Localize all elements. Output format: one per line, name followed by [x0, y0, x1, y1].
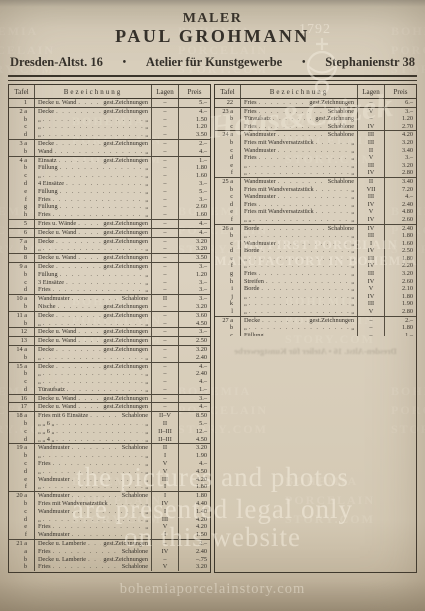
col-header-preis: Preis	[179, 85, 210, 98]
dot-leader: . . . . . . . . . . . . . . . . . . . . …	[259, 270, 350, 278]
bezeichnung-cell: Borde. . . . . . . . . . . . . . . . . .…	[241, 247, 358, 255]
table-row: b„. . . . . . . . . . . . . . . . . . . …	[9, 245, 210, 253]
bezeichnung-cell: Fries. . . . . . . . . . . . . . . . . .…	[241, 123, 358, 131]
item-type: gest.Zeichnungen	[103, 403, 148, 411]
item-type: „	[351, 285, 354, 293]
lagen-cell: –	[152, 254, 179, 262]
dot-leader: . . . . . . . . . . . . . . . . . . . . …	[249, 162, 349, 170]
preis-cell: 2.40	[385, 225, 416, 233]
item-type: „	[145, 468, 148, 476]
item-type: „	[145, 279, 148, 287]
item-type: „	[351, 232, 354, 240]
row-group: 9 aDecke. . . . . . . . . . . . . . . . …	[9, 263, 210, 295]
preis-cell: 3.–	[179, 328, 210, 336]
lagen-cell: –	[358, 99, 385, 107]
item-type: „	[351, 154, 354, 162]
dot-leader: . . . . . . . . . . . . . . . . . . . . …	[72, 444, 120, 452]
empty-table-area: Dresden-Altst. 16 • Atelier für Kunstgew…	[215, 336, 416, 573]
dot-leader: . . . . . . . . . . . . . . . . . . . . …	[56, 436, 143, 444]
item-name: „	[244, 232, 247, 240]
row-group: 25 aWandmuster. . . . . . . . . . . . . …	[215, 178, 416, 225]
dot-leader: . . . . . . . . . . . . . . . . . . . . …	[56, 346, 101, 354]
bezeichnung-cell: 3 Einsätze. . . . . . . . . . . . . . . …	[35, 279, 152, 287]
item-name: Wandmuster	[38, 476, 70, 484]
bezeichnung-cell: 4 Einsätze. . . . . . . . . . . . . . . …	[35, 180, 152, 188]
lagen-cell: –	[152, 229, 179, 237]
preis-cell: 1.90	[179, 452, 210, 460]
dot-leader: . . . . . . . . . . . . . . . . . . . . …	[58, 303, 102, 311]
item-type: „	[145, 164, 148, 172]
dot-leader: . . . . . . . . . . . . . . . . . . . . …	[261, 225, 325, 233]
table-row: bFries mit Wandversatzstück. . . . . . .…	[9, 500, 210, 508]
tafel-cell: a	[9, 548, 35, 556]
lagen-cell: VII	[358, 186, 385, 194]
row-group: 3 aDecke. . . . . . . . . . . . . . . . …	[9, 140, 210, 157]
preis-cell: 4.20	[179, 476, 210, 484]
item-type: „	[351, 308, 354, 316]
bezeichnung-cell: Füllung. . . . . . . . . . . . . . . . .…	[35, 188, 152, 196]
bezeichnung-cell: „. . . . . . . . . . . . . . . . . . . .…	[35, 483, 152, 491]
preis-cell: 1.20	[179, 271, 210, 279]
tafel-cell: e	[9, 188, 35, 196]
lagen-cell: –	[152, 279, 179, 287]
bezeichnung-cell: Decke u. Wand. . . . . . . . . . . . . .…	[35, 403, 152, 411]
table-row: hStreifen. . . . . . . . . . . . . . . .…	[215, 278, 416, 286]
lagen-cell: –	[152, 140, 179, 148]
dot-leader: . . . . . . . . . . . . . . . . . . . . …	[56, 238, 101, 246]
item-name: Fries	[244, 123, 257, 131]
table-row: cWandmuster. . . . . . . . . . . . . . .…	[9, 508, 210, 516]
address-left: Dresden-Altst. 16	[10, 55, 103, 70]
item-type: „	[145, 378, 148, 386]
tafel-cell: c	[9, 378, 35, 386]
item-name: Borde	[244, 247, 259, 255]
tafel-cell: 21 a	[9, 540, 35, 548]
bezeichnung-cell: Wandmuster. . . . . . . . . . . . . . . …	[241, 131, 358, 139]
item-name: Fries	[244, 99, 257, 107]
lagen-cell: III	[358, 162, 385, 170]
item-name: Fries	[244, 154, 257, 162]
table-row: cFries. . . . . . . . . . . . . . . . . …	[215, 123, 416, 131]
item-type: gest.Zeichnungen	[103, 346, 148, 354]
bezeichnung-cell: Füllung. . . . . . . . . . . . . . . . .…	[35, 164, 152, 172]
item-name: Decke u. Wand	[38, 328, 76, 336]
table-row: 10 aWandmuster. . . . . . . . . . . . . …	[9, 295, 210, 303]
item-name: Fries	[244, 270, 257, 278]
preis-cell: 6.–	[385, 99, 416, 107]
dot-leader: . . . . . . . . . . . . . . . . . . . . …	[43, 354, 143, 362]
item-name: „	[38, 245, 41, 253]
bezeichnung-cell: Decke u. Lamberie. . . . . . . . . . . .…	[35, 540, 152, 548]
dot-leader: . . . . . . . . . . . . . . . . . . . . …	[56, 312, 101, 320]
page-title: MALER	[0, 11, 425, 27]
lagen-cell: III	[358, 300, 385, 308]
tafel-cell: 27 a	[215, 317, 241, 325]
item-type: gest.Zeichnungen	[103, 254, 148, 262]
lagen-cell: –	[152, 99, 179, 107]
bezeichnung-cell: Fries. . . . . . . . . . . . . . . . . .…	[241, 201, 358, 209]
table-row: cFries. . . . . . . . . . . . . . . . . …	[9, 460, 210, 468]
row-group: 2 aDecke. . . . . . . . . . . . . . . . …	[9, 108, 210, 140]
preis-cell: 1.80	[179, 492, 210, 500]
item-name: Wandmuster	[244, 131, 276, 139]
table-row: b„. . . . . . . . . . . . . . . . . . . …	[215, 324, 416, 332]
tafel-cell: d	[215, 201, 241, 209]
item-name: Fries	[38, 196, 51, 204]
item-name: Wandmuster	[38, 295, 70, 303]
bezeichnung-cell: Wandmuster. . . . . . . . . . . . . . . …	[241, 178, 358, 186]
lagen-cell: II–III	[152, 436, 179, 444]
dot-leader: . . . . . . . . . . . . . . . . . . . . …	[55, 148, 144, 156]
preis-cell: 1.60	[179, 172, 210, 180]
table-row: dFries. . . . . . . . . . . . . . . . . …	[9, 286, 210, 294]
preis-cell: 3.20	[179, 245, 210, 253]
item-name: „	[38, 320, 41, 328]
preis-cell: 3.50	[179, 254, 210, 262]
preis-cell: 2.40	[385, 201, 416, 209]
item-name: Decke u. Lamberie	[38, 556, 86, 564]
tafel-cell: c	[215, 147, 241, 155]
dot-leader: . . . . . . . . . . . . . . . . . . . . …	[43, 483, 143, 491]
lagen-cell: –	[152, 131, 179, 139]
bezeichnung-cell: Decke u. Wand. . . . . . . . . . . . . .…	[35, 99, 152, 107]
row-group: 1Decke u. Wand. . . . . . . . . . . . . …	[9, 99, 210, 108]
tafel-cell: c	[9, 460, 35, 468]
item-type: Schablone	[122, 444, 148, 452]
dot-leader: . . . . . . . . . . . . . . . . . . . . …	[43, 370, 143, 378]
dot-leader: . . . . . . . . . . . . . . . . . . . . …	[78, 99, 101, 107]
preis-cell: 1.90	[385, 300, 416, 308]
dot-leader: . . . . . . . . . . . . . . . . . . . . …	[66, 279, 143, 287]
preis-cell: 2.20	[385, 262, 416, 270]
table-row: b„. . . . . . . . . . . . . . . . . . . …	[215, 232, 416, 240]
item-name: Fries mit 6 Einsätze	[38, 412, 88, 420]
dot-leader: . . . . . . . . . . . . . . . . . . . . …	[56, 428, 143, 436]
bezeichnung-cell: Fries mit Wandversatzstück. . . . . . . …	[241, 186, 358, 194]
lagen-cell: –	[152, 363, 179, 371]
preis-cell: –.75	[179, 556, 210, 564]
item-type: gest.Zeichnungen	[103, 263, 148, 271]
dot-leader: . . . . . . . . . . . . . . . . . . . . …	[53, 563, 120, 571]
table-row: bTüraufsatz. . . . . . . . . . . . . . .…	[215, 115, 416, 123]
item-type: „	[145, 436, 148, 444]
item-type: Schablone	[122, 412, 148, 420]
item-type: „	[145, 131, 148, 139]
item-type: „	[351, 262, 354, 270]
preis-cell: 2.50	[179, 337, 210, 345]
table-body-left: 1Decke u. Wand. . . . . . . . . . . . . …	[9, 99, 210, 572]
tafel-cell: d	[9, 468, 35, 476]
tafel-cell: f	[9, 531, 35, 539]
table-row: l„. . . . . . . . . . . . . . . . . . . …	[215, 308, 416, 316]
dot-leader: . . . . . . . . . . . . . . . . . . . . …	[88, 556, 101, 564]
item-type: „	[145, 428, 148, 436]
table-row: 27 aDecke. . . . . . . . . . . . . . . .…	[215, 317, 416, 325]
table-row: bFries. . . . . . . . . . . . . . . . . …	[9, 563, 210, 571]
lagen-cell: –	[152, 556, 179, 564]
item-type: „	[145, 123, 148, 131]
bezeichnung-cell: Decke. . . . . . . . . . . . . . . . . .…	[35, 140, 152, 148]
item-type: „	[351, 270, 354, 278]
bezeichnung-cell: Nische. . . . . . . . . . . . . . . . . …	[35, 303, 152, 311]
item-name: Decke	[244, 317, 260, 325]
item-name: Füllung	[38, 164, 58, 172]
item-type: gest.Zeichnungen	[103, 220, 148, 228]
preis-cell: 1.80	[385, 324, 416, 332]
bezeichnung-cell: Decke. . . . . . . . . . . . . . . . . .…	[35, 238, 152, 246]
preis-cell: 2.10	[385, 285, 416, 293]
tafel-cell: d	[215, 154, 241, 162]
item-name: „ „	[244, 216, 251, 224]
tafel-cell: 22	[215, 99, 241, 107]
col-header-tafel: Tafel	[215, 85, 241, 98]
tafel-cell: b	[9, 271, 35, 279]
dot-leader: . . . . . . . . . . . . . . . . . . . . …	[249, 232, 349, 240]
lagen-cell: V	[152, 523, 179, 531]
lagen-cell: III	[358, 255, 385, 263]
bezeichnung-cell: Fries. . . . . . . . . . . . . . . . . .…	[35, 196, 152, 204]
preis-cell: 4.20	[179, 516, 210, 524]
row-group: 11 aDecke. . . . . . . . . . . . . . . .…	[9, 312, 210, 329]
tafel-cell: k	[215, 300, 241, 308]
item-type: „	[351, 216, 354, 224]
tafel-cell: 17	[9, 403, 35, 411]
table-row: b„. . . . . . . . . . . . . . . . . . . …	[9, 370, 210, 378]
lagen-cell: II	[358, 178, 385, 186]
tafel-cell: b	[9, 164, 35, 172]
table-row: hFries. . . . . . . . . . . . . . . . . …	[9, 211, 210, 219]
lagen-cell: IV	[358, 201, 385, 209]
dot-leader: . . . . . . . . . . . . . . . . . . . . …	[72, 295, 120, 303]
lagen-cell: –	[152, 286, 179, 294]
table-row: e„. . . . . . . . . . . . . . . . . . . …	[215, 255, 416, 263]
dot-leader: . . . . . . . . . . . . . . . . . . . . …	[78, 395, 101, 403]
table-row: f„ „. . . . . . . . . . . . . . . . . . …	[215, 216, 416, 224]
item-name: Decke u. Wand	[38, 403, 76, 411]
lagen-cell: I	[152, 492, 179, 500]
item-type: „	[145, 452, 148, 460]
preis-cell: 2.80	[385, 169, 416, 177]
lagen-cell: III	[358, 232, 385, 240]
lagen-cell: –	[152, 164, 179, 172]
bezeichnung-cell: Füllung. . . . . . . . . . . . . . . . .…	[35, 271, 152, 279]
item-name: „	[38, 516, 41, 524]
lagen-cell: –	[152, 328, 179, 336]
lagen-cell: –	[152, 320, 179, 328]
lagen-cell: III	[358, 139, 385, 147]
preis-cell: 3.20	[179, 303, 210, 311]
tafel-cell: e	[9, 523, 35, 531]
item-name: Fries	[38, 211, 51, 219]
item-type: „	[145, 172, 148, 180]
preis-cell: 4.–	[179, 363, 210, 371]
table-row: d„ „ 4 „. . . . . . . . . . . . . . . . …	[9, 436, 210, 444]
dot-leader: . . . . . . . . . . . . . . . . . . . . …	[278, 240, 350, 248]
item-name: Decke	[38, 346, 54, 354]
row-group: 22Fries. . . . . . . . . . . . . . . . .…	[215, 99, 416, 108]
dot-leader: . . . . . . . . . . . . . . . . . . . . …	[249, 324, 349, 332]
bezeichnung-cell: „. . . . . . . . . . . . . . . . . . . .…	[241, 300, 358, 308]
col-header-bezeichnung: Bezeichnung	[241, 85, 358, 98]
item-name: „ „ 6 „	[38, 428, 54, 436]
preis-cell: 12.–	[179, 428, 210, 436]
bezeichnung-cell: Fries mit Wandversatzstück. . . . . . . …	[35, 500, 152, 508]
preis-cell: 3.20	[385, 139, 416, 147]
item-type: gest.Zeichnungen	[103, 312, 148, 320]
lagen-cell: III	[152, 476, 179, 484]
tafel-cell: 8	[9, 254, 35, 262]
table-row: dBorde. . . . . . . . . . . . . . . . . …	[215, 247, 416, 255]
preis-cell: 3.–	[179, 279, 210, 287]
tafel-cell: 7 a	[9, 238, 35, 246]
item-type: „	[351, 255, 354, 263]
bezeichnung-cell: Fries. . . . . . . . . . . . . . . . . .…	[35, 460, 152, 468]
preis-cell: 3.20	[179, 444, 210, 452]
item-name: 3 Einsätze	[38, 279, 64, 287]
tafel-cell: 4 a	[9, 157, 35, 165]
price-table-left: Tafel Bezeichnung Lagen Preis 1Decke u. …	[8, 84, 211, 573]
preis-cell: 3.20	[385, 162, 416, 170]
table-row: 26 aBorde. . . . . . . . . . . . . . . .…	[215, 225, 416, 233]
item-name: Fries	[38, 548, 51, 556]
tafel-cell: d	[9, 180, 35, 188]
table-row: fFries. . . . . . . . . . . . . . . . . …	[9, 196, 210, 204]
table-body-right: 22Fries. . . . . . . . . . . . . . . . .…	[215, 99, 416, 336]
bezeichnung-cell: Wandmuster. . . . . . . . . . . . . . . …	[35, 476, 152, 484]
lagen-cell: IV	[358, 293, 385, 301]
item-type: gest.Zeichnungen	[103, 337, 148, 345]
bezeichnung-cell: Fries mit 6 Einsätze. . . . . . . . . . …	[35, 412, 152, 420]
table-row: 3 aDecke. . . . . . . . . . . . . . . . …	[9, 140, 210, 148]
tafel-cell: 26 a	[215, 225, 241, 233]
preis-cell: 2.70	[385, 123, 416, 131]
item-type: „	[145, 500, 148, 508]
lagen-cell: –	[358, 324, 385, 332]
lagen-cell: –	[152, 263, 179, 271]
table-row: bFüllung. . . . . . . . . . . . . . . . …	[9, 164, 210, 172]
item-name: Decke u. Wand	[38, 337, 76, 345]
lagen-cell: –	[152, 346, 179, 354]
lagen-cell: IV	[152, 500, 179, 508]
preis-cell: 3.20	[179, 238, 210, 246]
lagen-cell: II	[152, 420, 179, 428]
item-name: „	[244, 308, 247, 316]
item-type: „	[145, 531, 148, 539]
row-group: 23 aFries. . . . . . . . . . . . . . . .…	[215, 108, 416, 132]
table-row: eWandmuster. . . . . . . . . . . . . . .…	[9, 476, 210, 484]
lagen-cell: –	[152, 123, 179, 131]
preis-cell: 1.50	[179, 531, 210, 539]
item-type: „	[145, 211, 148, 219]
tafel-cell: 3 a	[9, 140, 35, 148]
item-type: Schablone	[328, 178, 354, 186]
table-row: 1Decke u. Wand. . . . . . . . . . . . . …	[9, 99, 210, 107]
lagen-cell: –	[358, 317, 385, 325]
item-type: „	[145, 203, 148, 211]
item-type: gest.Zeichnungen	[103, 140, 148, 148]
item-type: „	[351, 186, 354, 194]
preis-cell: 2.60	[385, 278, 416, 286]
table-row: 20 aWandmuster. . . . . . . . . . . . . …	[9, 492, 210, 500]
lagen-cell: II–III	[152, 428, 179, 436]
table-row: bWand. . . . . . . . . . . . . . . . . .…	[9, 148, 210, 156]
bezeichnung-cell: „. . . . . . . . . . . . . . . . . . . .…	[241, 162, 358, 170]
bezeichnung-cell: Decke u. Wand. . . . . . . . . . . . . .…	[35, 328, 152, 336]
item-type: gest.Zeichnungen	[103, 238, 148, 246]
bezeichnung-cell: „. . . . . . . . . . . . . . . . . . . .…	[241, 255, 358, 263]
bullet-separator: •	[302, 57, 306, 68]
address-line: Dresden-Altst. 16 • Atelier für Kunstgew…	[10, 55, 415, 70]
bezeichnung-cell: „. . . . . . . . . . . . . . . . . . . .…	[35, 516, 152, 524]
table-row: gFries. . . . . . . . . . . . . . . . . …	[215, 270, 416, 278]
item-type: „	[145, 116, 148, 124]
item-type: „	[351, 240, 354, 248]
lagen-cell: –	[358, 115, 385, 123]
item-name: Füllung	[38, 271, 58, 279]
preis-cell: 4.–	[385, 193, 416, 201]
preis-cell: 3.20	[385, 270, 416, 278]
dot-leader: . . . . . . . . . . . . . . . . . . . . …	[56, 263, 101, 271]
item-name: Einsatz	[38, 157, 57, 165]
row-group: 16Decke u. Wand. . . . . . . . . . . . .…	[9, 395, 210, 404]
dot-leader: . . . . . . . . . . . . . . . . . . . . …	[259, 108, 326, 116]
item-type: „	[351, 247, 354, 255]
preis-cell: 1.–	[179, 386, 210, 394]
item-type: „	[351, 139, 354, 147]
item-name: Füllung	[38, 188, 58, 196]
item-type: gest.Zeichnungen	[103, 157, 148, 165]
dot-leader: . . . . . . . . . . . . . . . . . . . . …	[43, 378, 143, 386]
tafel-cell: 16	[9, 395, 35, 403]
tafel-cell: c	[9, 172, 35, 180]
item-type: „	[351, 324, 354, 332]
bezeichnung-cell: „. . . . . . . . . . . . . . . . . . . .…	[35, 354, 152, 362]
dot-leader: . . . . . . . . . . . . . . . . . . . . …	[43, 245, 143, 253]
lagen-cell: –	[152, 211, 179, 219]
lagen-cell: –	[152, 395, 179, 403]
item-type: „	[145, 180, 148, 188]
dot-leader: . . . . . . . . . . . . . . . . . . . . …	[261, 247, 349, 255]
dot-leader: . . . . . . . . . . . . . . . . . . . . …	[78, 403, 101, 411]
bezeichnung-cell: „. . . . . . . . . . . . . . . . . . . .…	[241, 293, 358, 301]
bezeichnung-cell: „. . . . . . . . . . . . . . . . . . . .…	[241, 232, 358, 240]
bezeichnung-cell: Fries. . . . . . . . . . . . . . . . . .…	[35, 523, 152, 531]
dot-leader: . . . . . . . . . . . . . . . . . . . . …	[249, 255, 349, 263]
item-name: Fries	[38, 523, 51, 531]
tafel-cell: c	[215, 240, 241, 248]
dot-leader: . . . . . . . . . . . . . . . . . . . . …	[43, 131, 143, 139]
dot-leader: . . . . . . . . . . . . . . . . . . . . …	[72, 508, 144, 516]
lagen-cell: IV	[358, 262, 385, 270]
lagen-cell: –	[152, 386, 179, 394]
tafel-cell: b	[215, 139, 241, 147]
item-name: Decke u. Wand	[38, 254, 76, 262]
lagen-cell: –	[152, 148, 179, 156]
tafel-cell: 2 a	[9, 108, 35, 116]
item-name: Fries mit Wandversatzstück	[38, 500, 108, 508]
item-name: Streifen	[244, 278, 264, 286]
tafel-cell: b	[215, 324, 241, 332]
item-name: „	[38, 131, 41, 139]
table-row: eFries. . . . . . . . . . . . . . . . . …	[9, 523, 210, 531]
item-name: Fries	[38, 286, 51, 294]
bezeichnung-cell: „ „ 6 „. . . . . . . . . . . . . . . . .…	[35, 420, 152, 428]
preis-cell: 4.20	[385, 131, 416, 139]
item-name: „	[38, 123, 41, 131]
tafel-cell: 10 a	[9, 295, 35, 303]
item-type: Schablone	[122, 295, 148, 303]
item-type: gest.Zeichnungen	[103, 395, 148, 403]
